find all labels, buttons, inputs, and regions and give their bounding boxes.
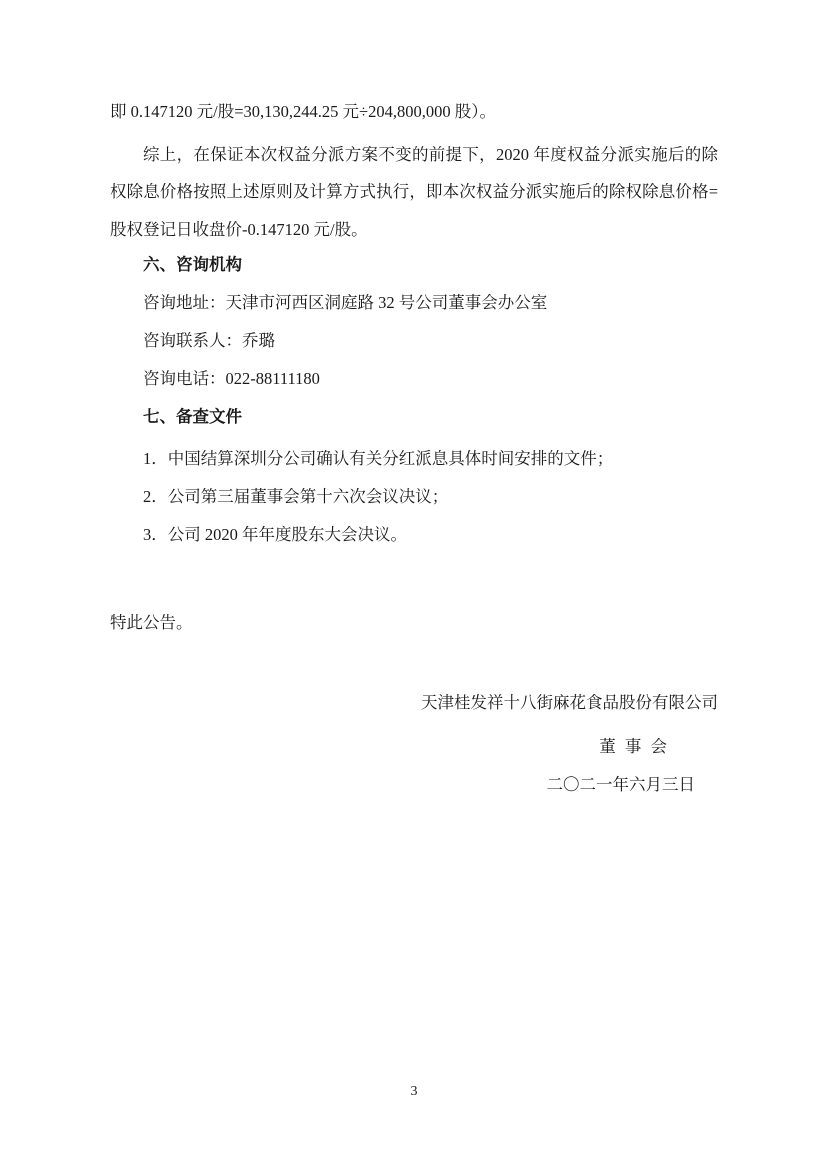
closing-statement: 特此公告。 (110, 604, 718, 642)
consulting-address-line: 咨询地址：天津市河西区洞庭路 32 号公司董事会办公室 (110, 284, 718, 322)
para-continuation: 即 0.147120 元/股=30,130,244.25 元÷204,800,0… (110, 93, 718, 131)
page-number: 3 (0, 1082, 828, 1102)
document-page: 即 0.147120 元/股=30,130,244.25 元÷204,800,0… (0, 0, 828, 1170)
consulting-phone-line: 咨询电话：022-88111180 (110, 360, 718, 398)
para-summary: 综上，在保证本次权益分派方案不变的前提下，2020 年度权益分派实施后的除权除息… (110, 136, 718, 248)
document-item-1: 1．中国结算深圳分公司确认有关分红派息具体时间安排的文件； (110, 440, 718, 478)
consulting-contact-line: 咨询联系人：乔璐 (110, 322, 718, 360)
document-item-2: 2．公司第三届董事会第十六次会议决议； (110, 478, 718, 516)
section-consulting-heading: 六、咨询机构 (110, 246, 718, 284)
section-documents-heading: 七、备查文件 (110, 398, 718, 436)
signature-date: 二〇二一年六月三日 (110, 766, 718, 804)
signature-company: 天津桂发祥十八街麻花食品股份有限公司 (110, 684, 718, 722)
document-item-3: 3．公司 2020 年年度股东大会决议。 (110, 516, 718, 554)
signature-board: 董 事 会 (110, 728, 718, 766)
document-content: 即 0.147120 元/股=30,130,244.25 元÷204,800,0… (110, 0, 718, 1170)
